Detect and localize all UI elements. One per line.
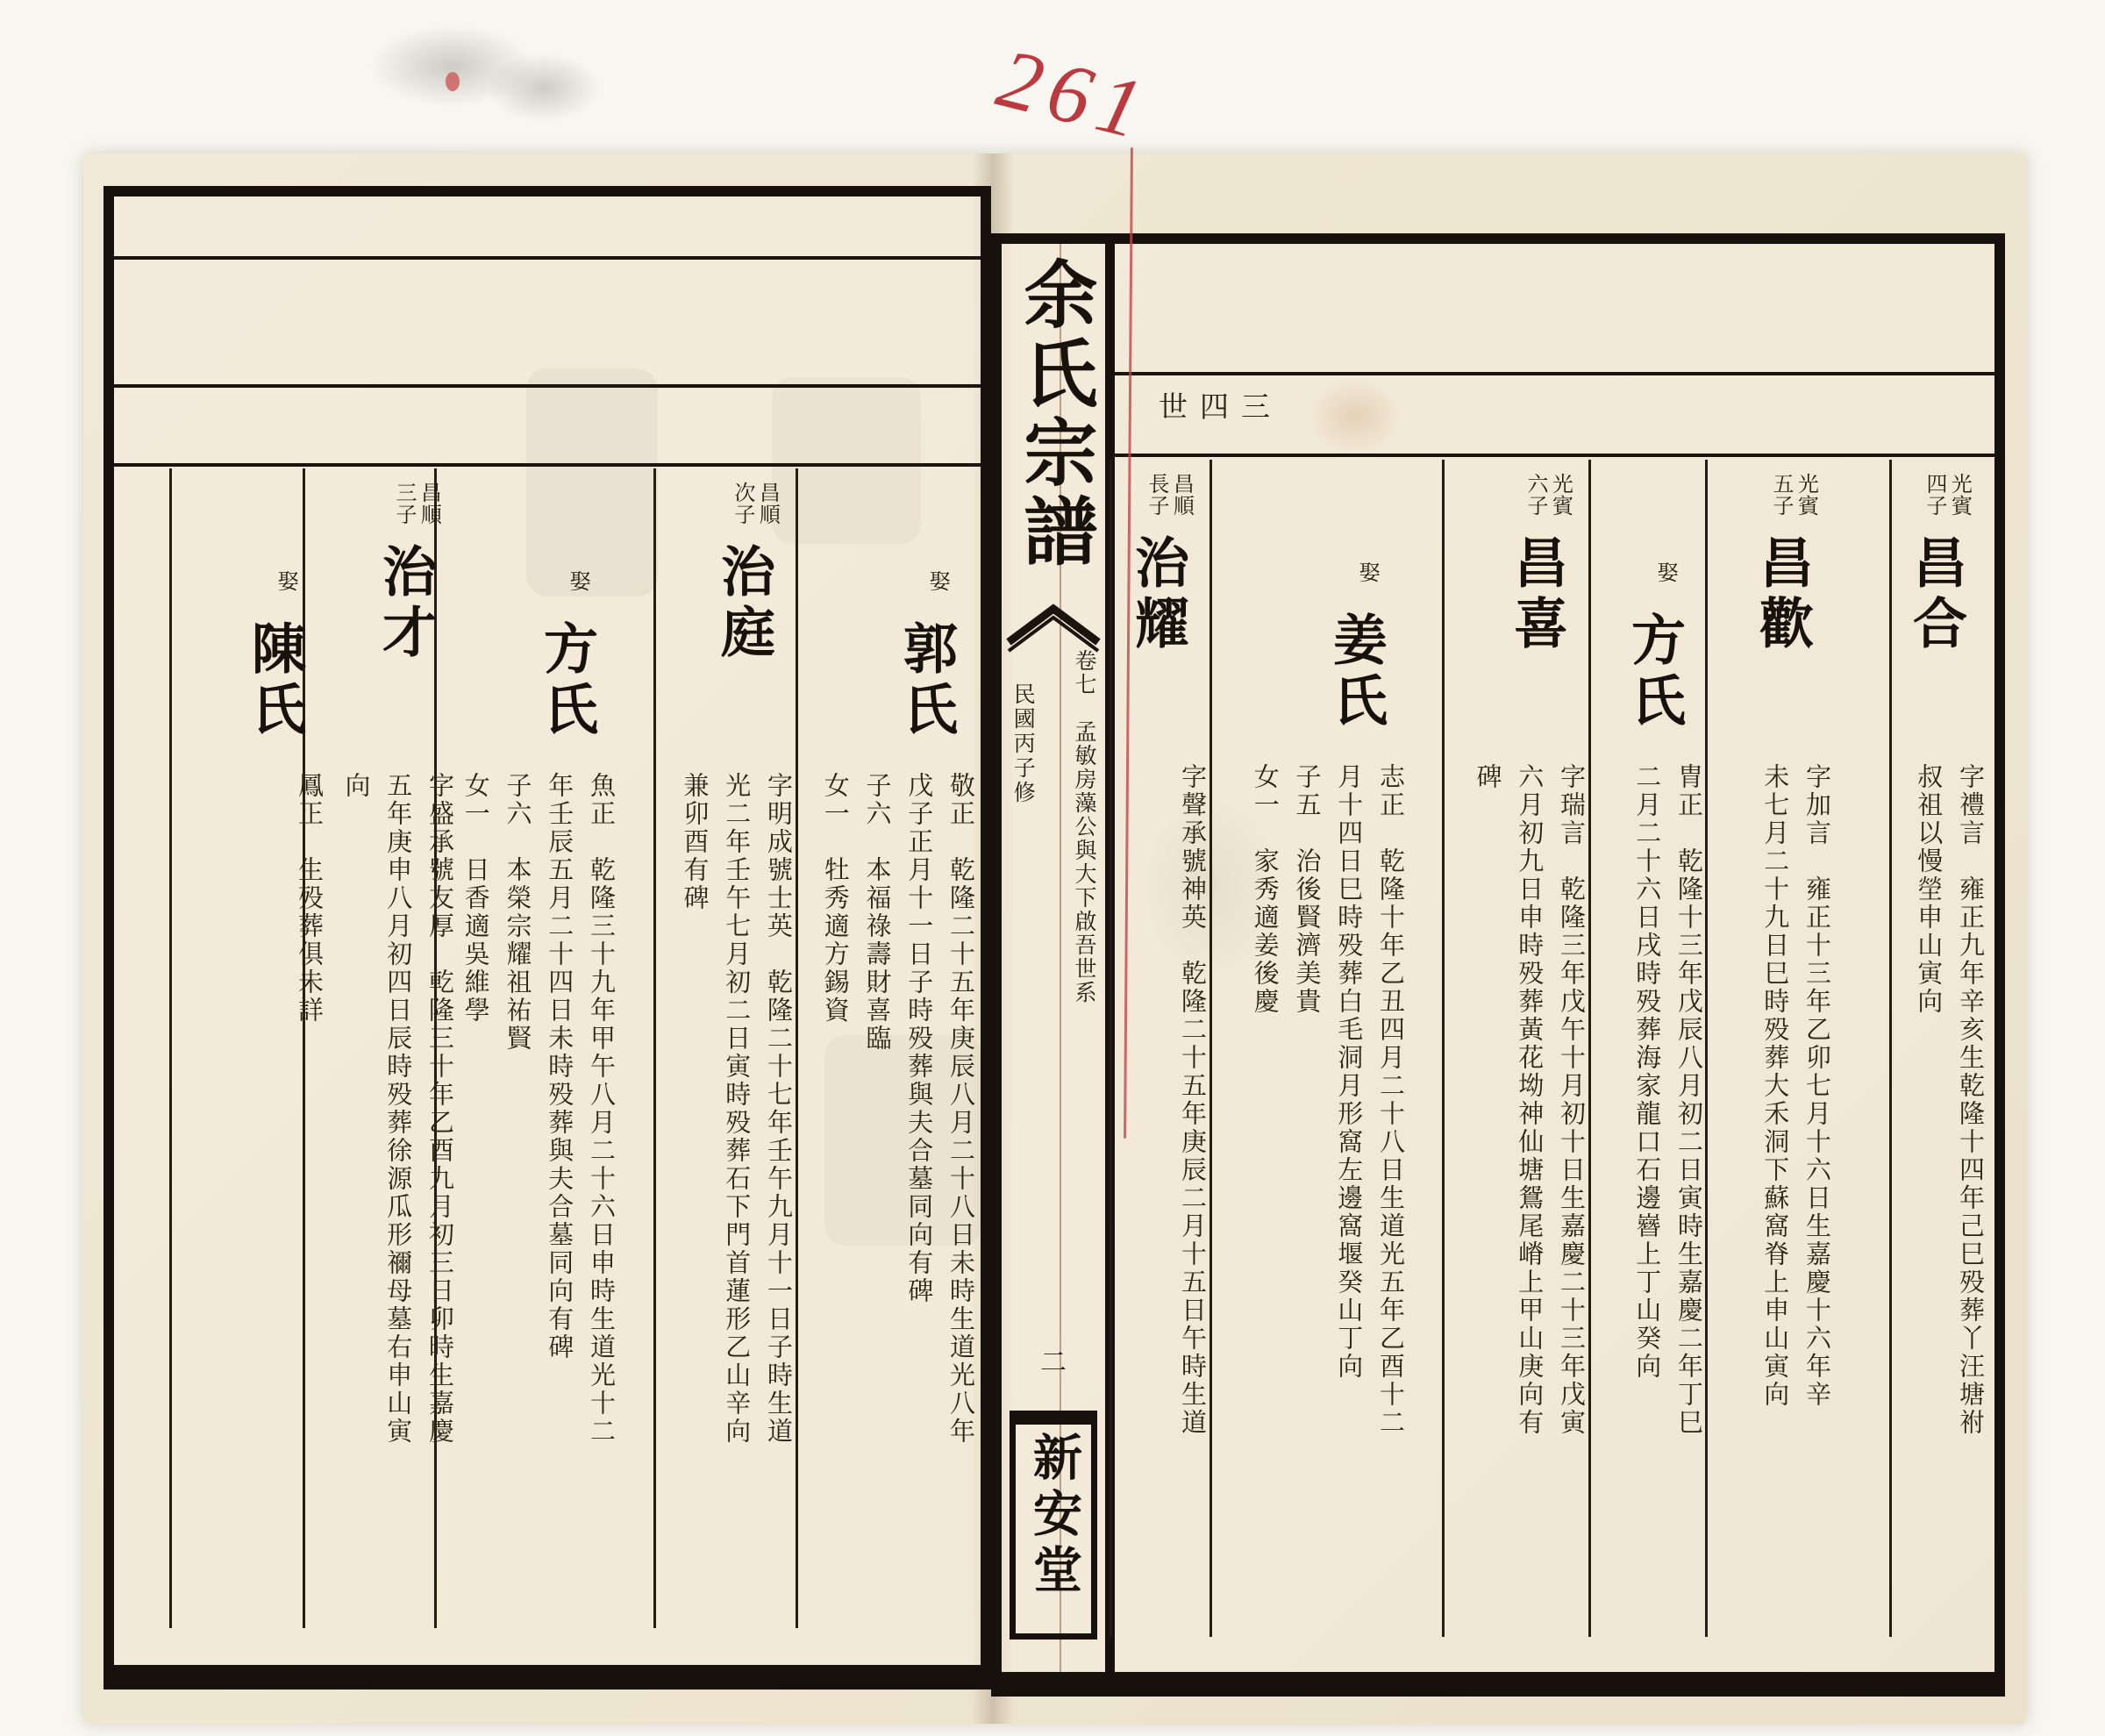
entry-zhiting: 昌順次子治庭字明成號士英 乾隆二十七年壬午九月十一日子時生道光二年壬午七月初二日… — [660, 474, 798, 1632]
entry-body: 敬正 乾隆二十五年庚辰八月二十八日未時生道光八年戊子正月十一日子時殁葬與夫合墓同… — [802, 772, 974, 1632]
entry-header: 光賓六子昌喜 — [1507, 468, 1588, 655]
entry-header: 光賓四子昌合 — [1906, 468, 1987, 655]
entry-body: 字加言 雍正十三年乙卯七月十六日生嘉慶十六年辛未七月二十九日巳時殁葬大禾洞下蘇窩… — [1711, 763, 1830, 1640]
person-name: 昌喜 — [1507, 534, 1563, 655]
entry-text-line: 字明成號士英 乾隆二十七年壬午九月十一日子時生道 — [764, 772, 791, 1632]
person-name: 治耀 — [1128, 534, 1184, 655]
entry-body: 字禮言 雍正九年辛亥生乾隆十四年己巳殁葬丫汪塘祔叔祖以慢塋申山寅向 — [1895, 763, 1983, 1640]
entry-header: 娶陳氏 — [245, 554, 325, 741]
horizontal-rule — [1114, 454, 1994, 457]
relation-prefix: 昌順次子 — [730, 477, 780, 530]
entry-text-line: 二月二十六日戌時殁葬海家龍口石邊嶜上丁山癸向 — [1633, 763, 1660, 1640]
entry-body: 魚正 乾隆三十九年甲午八月二十六日申時生道光十二年壬辰五月二十四日未時殁葬與夫合… — [440, 772, 614, 1632]
horizontal-rule — [114, 463, 981, 467]
entry-zhicai: 昌順三子治才字盛承號友厚 乾隆三十年乙酉九月初三日卯時生嘉慶五年庚申八月初四日辰… — [309, 474, 460, 1632]
column-separator — [169, 468, 172, 1628]
center-title-column: 余氏宗譜 卷七 孟敏房藻公與大下啟吾世系 民國丙子修 二 新安堂 — [1002, 244, 1115, 1672]
entry-text-line: 子五 治後賢濟美貴 — [1293, 763, 1320, 1640]
relation-prefix: 娶 — [1652, 546, 1677, 598]
entry-text-line: 字聲承號神英 乾隆二十五年庚辰二月十五日午時生道 — [1178, 763, 1205, 1640]
entry-text-line: 女一 牡秀適方錫資 — [821, 772, 848, 1632]
column-separator — [1442, 460, 1445, 1637]
entry-text-line: 戊子正月十一日子時殁葬與夫合墓同向有碑 — [905, 772, 932, 1632]
person-name: 昌歡 — [1752, 534, 1809, 655]
entry-text-line: 鳳正 生殁葬俱未詳 — [295, 772, 322, 1632]
book-title: 余氏宗譜 — [1016, 256, 1091, 572]
entry-text-line: 魚正 乾隆三十九年甲午八月二十六日申時生道光十二 — [587, 772, 614, 1632]
entry-body: 字明成號士英 乾隆二十七年壬午九月十一日子時生道光二年壬午七月初二日寅時殁葬石下… — [660, 772, 791, 1632]
entry-zhiyao: 昌順長子治耀字聲承號神英 乾隆二十五年庚辰二月十五日午時生道 — [1116, 465, 1212, 1640]
relation-prefix: 昌順三子 — [391, 477, 441, 530]
entry-header: 昌順次子治庭 — [714, 477, 795, 664]
entry-text-line: 六月初九日申時殁葬黃花坳神仙塘鴛尾嵴上甲山庚向有 — [1516, 763, 1543, 1640]
entry-changhe: 光賓四子昌合字禮言 雍正九年辛亥生乾隆十四年己巳殁葬丫汪塘祔叔祖以慢塋申山寅向 — [1895, 465, 1990, 1640]
entry-header: 娶方氏 — [1624, 546, 1705, 732]
entry-header: 娶郭氏 — [896, 554, 977, 741]
entry-text-line: 子六 本福祿壽財喜臨 — [863, 772, 890, 1632]
entry-body: 志正 乾隆十年乙丑四月二十八日生道光五年乙酉十二月十四日巳時殁葬白毛洞月形窩左邊… — [1216, 763, 1403, 1640]
entry-fangshi-left: 娶方氏魚正 乾隆三十九年甲午八月二十六日申時生道光十二年壬辰五月二十四日未時殁葬… — [440, 474, 621, 1632]
column-separator — [653, 468, 656, 1628]
entry-text-line: 光二年壬午七月初二日寅時殁葬石下門首蓮形乙山辛向 — [723, 772, 750, 1632]
relation-prefix: 娶 — [1354, 546, 1379, 598]
entry-text-line: 未七月二十九日巳時殁葬大禾洞下蘇窩脊上申山寅向 — [1761, 763, 1788, 1640]
person-name: 治才 — [375, 543, 432, 664]
person-name: 治庭 — [714, 543, 770, 664]
person-name: 姜氏 — [1326, 611, 1382, 732]
relation-prefix: 光賓四子 — [1922, 468, 1972, 521]
entry-chenshi: 娶陳氏鳳正 生殁葬俱未詳 — [175, 474, 329, 1632]
handwritten-archive-number: 261 — [988, 29, 1160, 161]
relation-prefix: 昌順長子 — [1144, 468, 1194, 521]
entry-header: 昌順三子治才 — [375, 477, 456, 664]
entry-header: 娶姜氏 — [1326, 546, 1407, 732]
horizontal-rule — [114, 384, 981, 388]
red-mark — [446, 72, 460, 91]
entry-text-line: 字瑞言 乾隆三年戊午十月初十日生嘉慶二十三年戊寅 — [1557, 763, 1584, 1640]
entry-changxi: 光賓六子昌喜字瑞言 乾隆三年戊午十月初十日生嘉慶二十三年戊寅六月初九日申時殁葬黃… — [1448, 465, 1591, 1640]
right-page: 余氏宗譜 卷七 孟敏房藻公與大下啟吾世系 民國丙子修 二 新安堂 三四世 光賓四… — [991, 233, 2005, 1697]
entry-text-line: 敬正 乾隆二十五年庚辰八月二十八日未時生道光八年 — [946, 772, 974, 1632]
person-name: 陳氏 — [245, 620, 301, 741]
entry-text-line: 子六 本榮宗耀祖祐賢 — [503, 772, 531, 1632]
column-separator — [1110, 460, 1112, 1637]
entry-body: 字瑞言 乾隆三年戊午十月初十日生嘉慶二十三年戊寅六月初九日申時殁葬黃花坳神仙塘鴛… — [1448, 763, 1584, 1640]
relation-prefix: 娶 — [924, 554, 949, 607]
entry-header: 光賓五子昌歡 — [1752, 468, 1833, 655]
entry-changhuan: 光賓五子昌歡字加言 雍正十三年乙卯七月十六日生嘉慶十六年辛未七月二十九日巳時殁葬… — [1711, 465, 1837, 1640]
scanned-genealogy-page: 娶郭氏敬正 乾隆二十五年庚辰八月二十八日未時生道光八年戊子正月十一日子時殁葬與夫… — [0, 0, 2105, 1736]
horizontal-rule — [114, 256, 981, 260]
entry-text-line: 碑 — [1473, 763, 1501, 1640]
page-number: 二 — [1040, 1340, 1067, 1379]
generation-label: 三四世 — [1124, 384, 1282, 425]
entry-fangshi-right: 娶方氏胄正 乾隆十三年戊辰八月初二日寅時生嘉慶二年丁巳二月二十六日戌時殁葬海家龍… — [1595, 465, 1709, 1640]
relation-prefix: 娶 — [565, 554, 589, 607]
relation-prefix: 娶 — [273, 554, 297, 607]
smudge — [368, 25, 535, 108]
entry-guoshi: 娶郭氏敬正 乾隆二十五年庚辰八月二十八日未時生道光八年戊子正月十一日子時殁葬與夫… — [802, 474, 981, 1632]
left-page: 娶郭氏敬正 乾隆二十五年庚辰八月二十八日未時生道光八年戊子正月十一日子時殁葬與夫… — [103, 186, 991, 1690]
person-name: 方氏 — [537, 620, 593, 741]
entry-text-line: 字盛承號友厚 乾隆三十年乙酉九月初三日卯時生嘉慶 — [425, 772, 453, 1632]
horizontal-rule — [1114, 372, 1994, 375]
entry-body: 字聲承號神英 乾隆二十五年庚辰二月十五日午時生道 — [1116, 763, 1205, 1640]
relation-prefix: 光賓六子 — [1523, 468, 1573, 521]
column-separator — [1889, 460, 1892, 1637]
entry-text-line: 年壬辰五月二十四日未時殁葬與夫合墓同向有碑 — [546, 772, 573, 1632]
entry-text-line: 女一 家秀適姜後慶 — [1251, 763, 1278, 1640]
edition-note: 民國丙子修 — [1010, 682, 1033, 805]
entry-text-line: 字禮言 雍正九年辛亥生乾隆十四年己巳殁葬丫汪塘祔 — [1956, 763, 1983, 1640]
fishtail-mark-icon — [1005, 602, 1102, 653]
entry-header: 娶方氏 — [537, 554, 617, 741]
entry-header: 昌順長子治耀 — [1128, 468, 1209, 655]
entry-body: 胄正 乾隆十三年戊辰八月初二日寅時生嘉慶二年丁巳二月二十六日戌時殁葬海家龍口石邊… — [1595, 763, 1702, 1640]
entry-text-line: 志正 乾隆十年乙丑四月二十八日生道光五年乙酉十二 — [1376, 763, 1403, 1640]
volume-info: 卷七 孟敏房藻公與大下啟吾世系 — [1072, 649, 1095, 1004]
person-name: 郭氏 — [896, 620, 953, 741]
entry-body: 字盛承號友厚 乾隆三十年乙酉九月初三日卯時生嘉慶五年庚申八月初四日辰時殁葬徐源瓜… — [309, 772, 453, 1632]
person-name: 昌合 — [1906, 534, 1962, 655]
entry-text-line: 女一 日香適吳維學 — [461, 772, 489, 1632]
entry-text-line: 兼卯酉有碑 — [681, 772, 708, 1632]
hall-name-box: 新安堂 — [1010, 1411, 1097, 1640]
entry-text-line: 五年庚申八月初四日辰時殁葬徐源瓜形禰母墓右申山寅 — [384, 772, 411, 1632]
entry-jiangshi: 娶姜氏志正 乾隆十年乙丑四月二十八日生道光五年乙酉十二月十四日巳時殁葬白毛洞月形… — [1216, 465, 1410, 1640]
relation-prefix: 光賓五子 — [1768, 468, 1818, 521]
entry-text-line: 向 — [342, 772, 369, 1632]
hall-name: 新安堂 — [1029, 1432, 1078, 1600]
entry-text-line: 月十四日巳時殁葬白毛洞月形窩左邊窩堰癸山丁向 — [1335, 763, 1362, 1640]
entry-body: 鳳正 生殁葬俱未詳 — [175, 772, 322, 1632]
entry-text-line: 胄正 乾隆十三年戊辰八月初二日寅時生嘉慶二年丁巳 — [1674, 763, 1702, 1640]
smudge — [487, 53, 601, 123]
person-name: 方氏 — [1624, 611, 1680, 732]
entry-text-line: 叔祖以慢塋申山寅向 — [1915, 763, 1942, 1640]
entry-text-line: 字加言 雍正十三年乙卯七月十六日生嘉慶十六年辛 — [1802, 763, 1830, 1640]
